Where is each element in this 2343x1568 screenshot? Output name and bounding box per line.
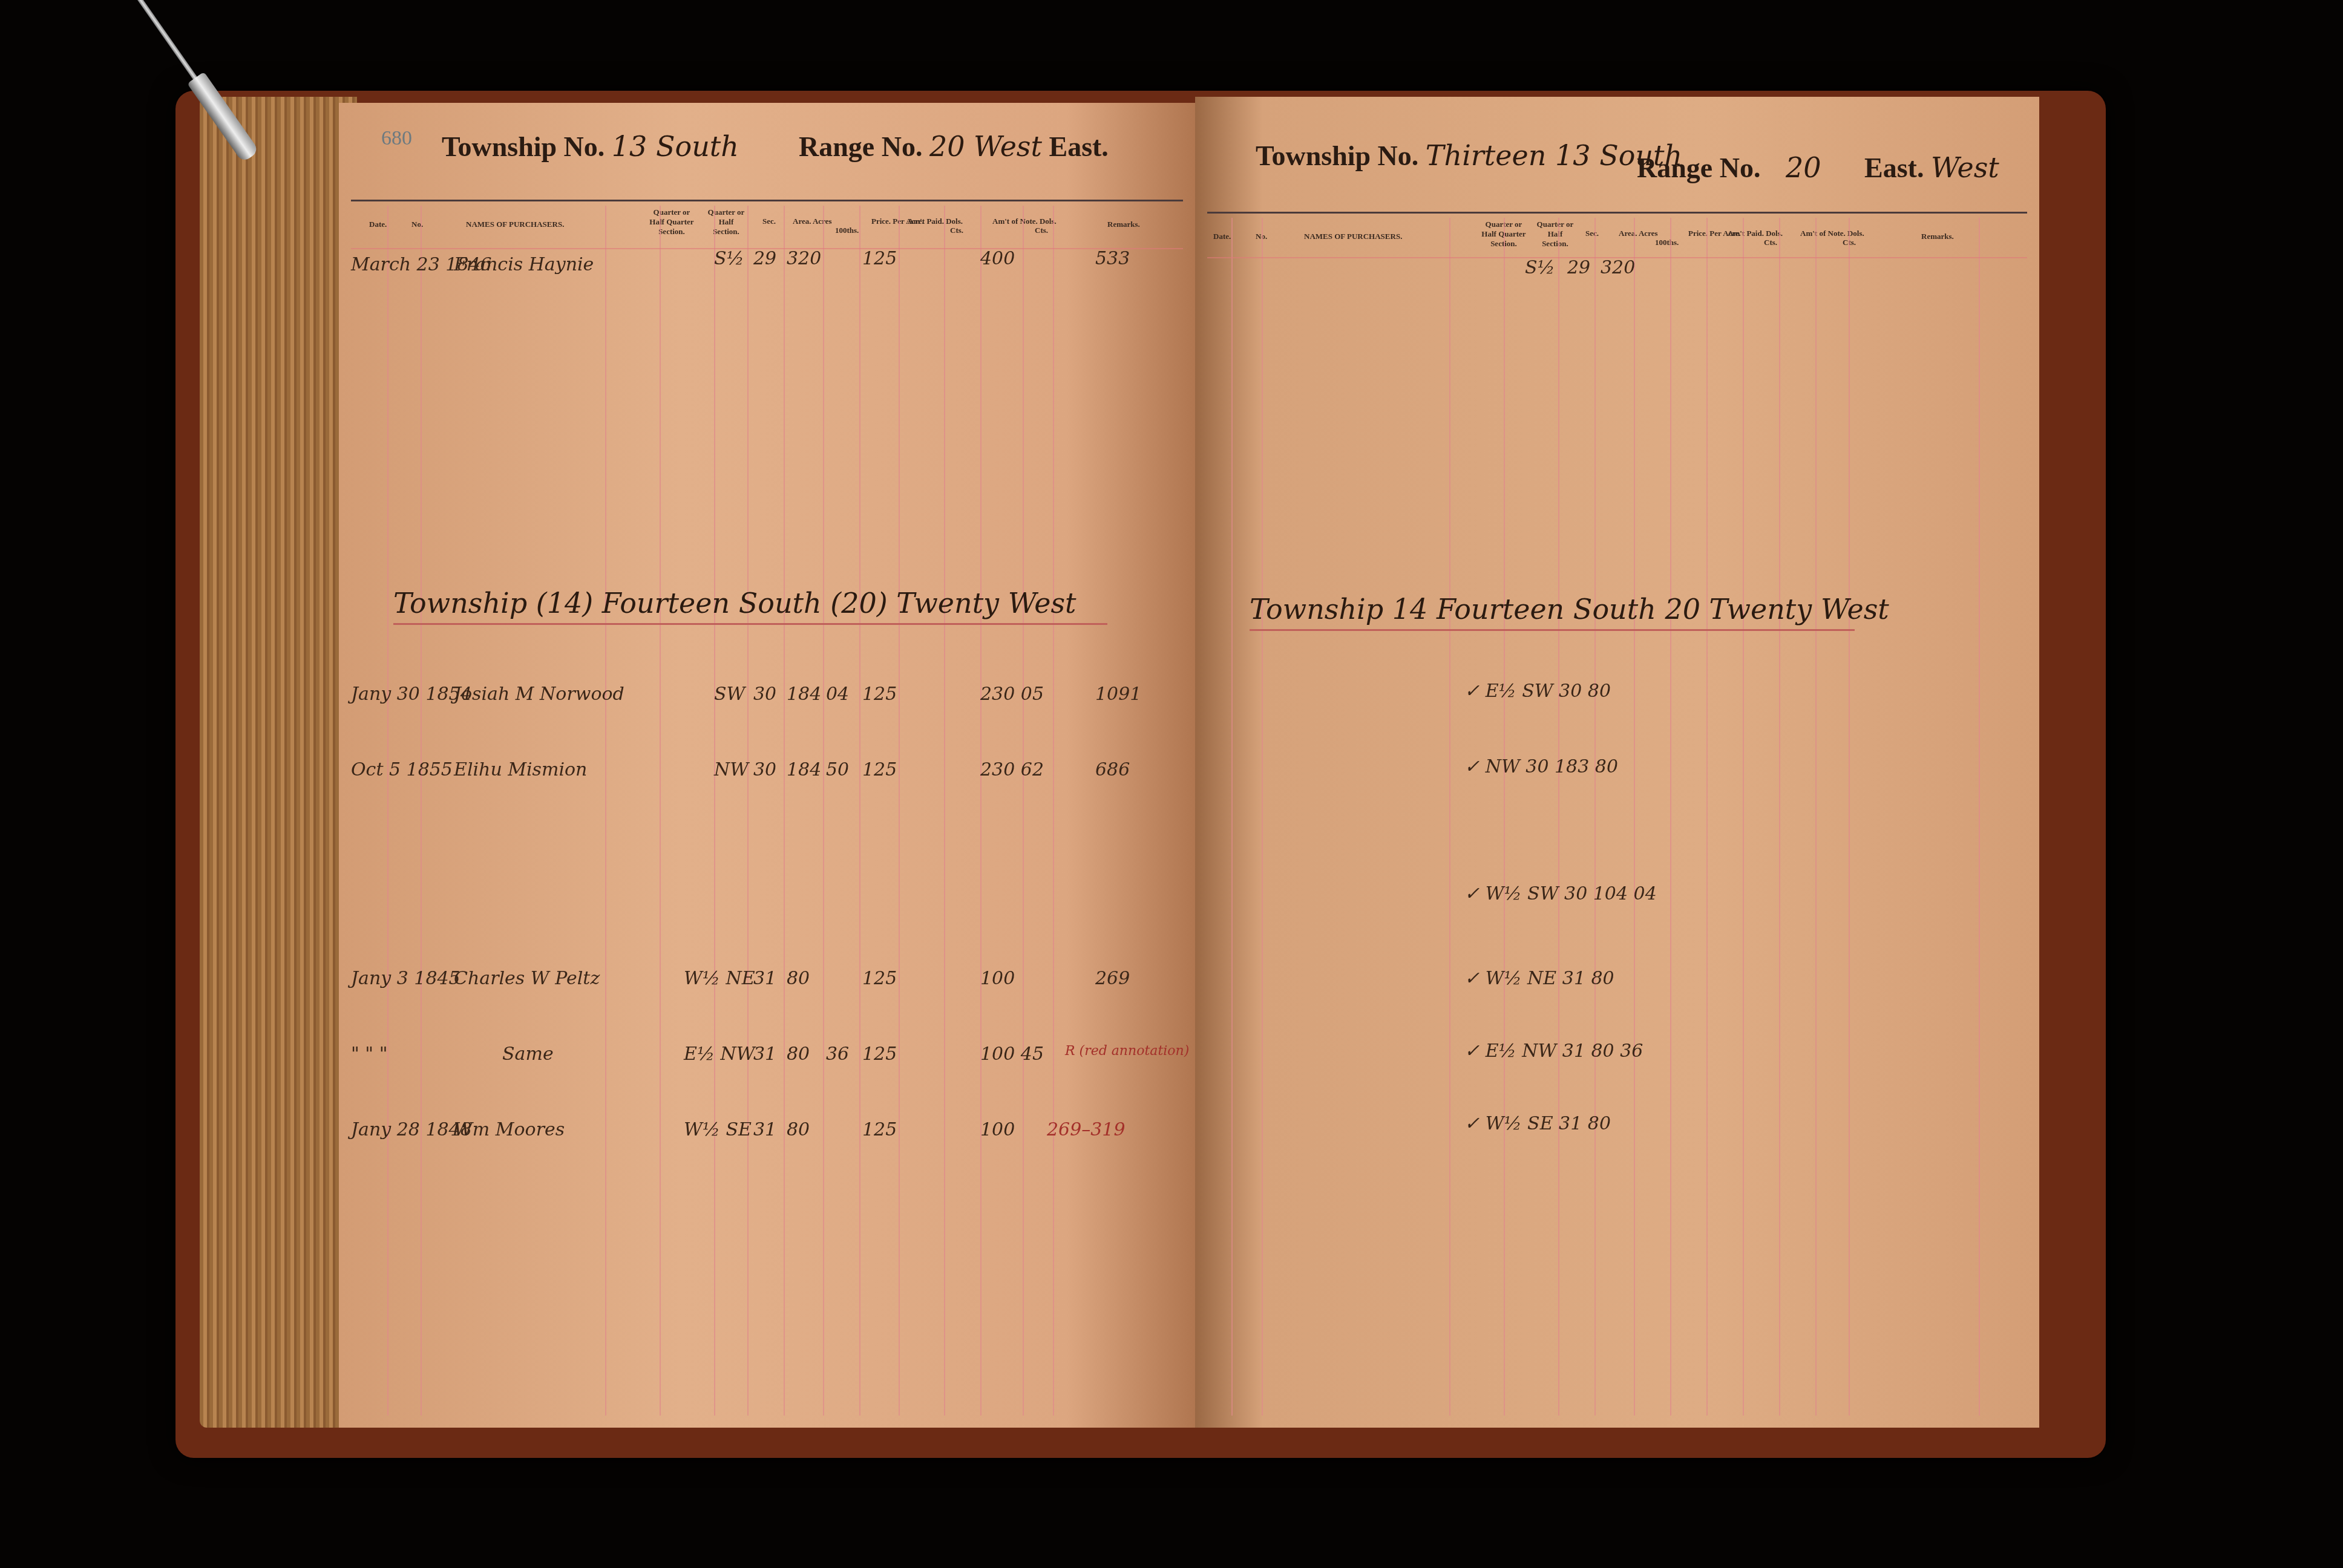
entry-line: ✓ NW 30 183 80 [1464, 756, 1618, 777]
section-heading: Township (14) Fourteen South (20) Twenty… [393, 587, 1107, 625]
entry-line: ✓ W½ SW 30 104 04 [1464, 883, 1657, 904]
left-page: 680 Township No. 13 South Range No. 20 W… [339, 103, 1195, 1428]
entry-line: ✓ E½ SW 30 80 [1464, 681, 1611, 702]
range-header: Range No. 20 East. West [1637, 151, 1999, 184]
township-header: Township No. Thirteen 13 South [1256, 139, 1682, 172]
column-headers: Date. No. NAMES OF PURCHASERS. Quarter o… [1207, 212, 2027, 256]
section-heading: Township 14 Fourteen South 20 Twenty Wes… [1250, 593, 1855, 631]
page-edges [200, 97, 357, 1428]
right-page: Township No. Thirteen 13 South Range No.… [1195, 97, 2039, 1428]
township-header: Township No. 13 South [442, 130, 739, 163]
folio-number: 680 [381, 127, 412, 150]
entry-line: ✓ W½ SE 31 80 [1464, 1113, 1611, 1134]
entry-line: ✓ W½ NE 31 80 [1464, 968, 1614, 989]
range-header: Range No. 20 West East. [799, 130, 1109, 163]
entry-name: Francis Haynie [454, 254, 594, 275]
column-headers: Date. No. NAMES OF PURCHASERS. Quarter o… [351, 200, 1183, 244]
entry-line: ✓ E½ NW 31 80 36 [1464, 1040, 1643, 1062]
